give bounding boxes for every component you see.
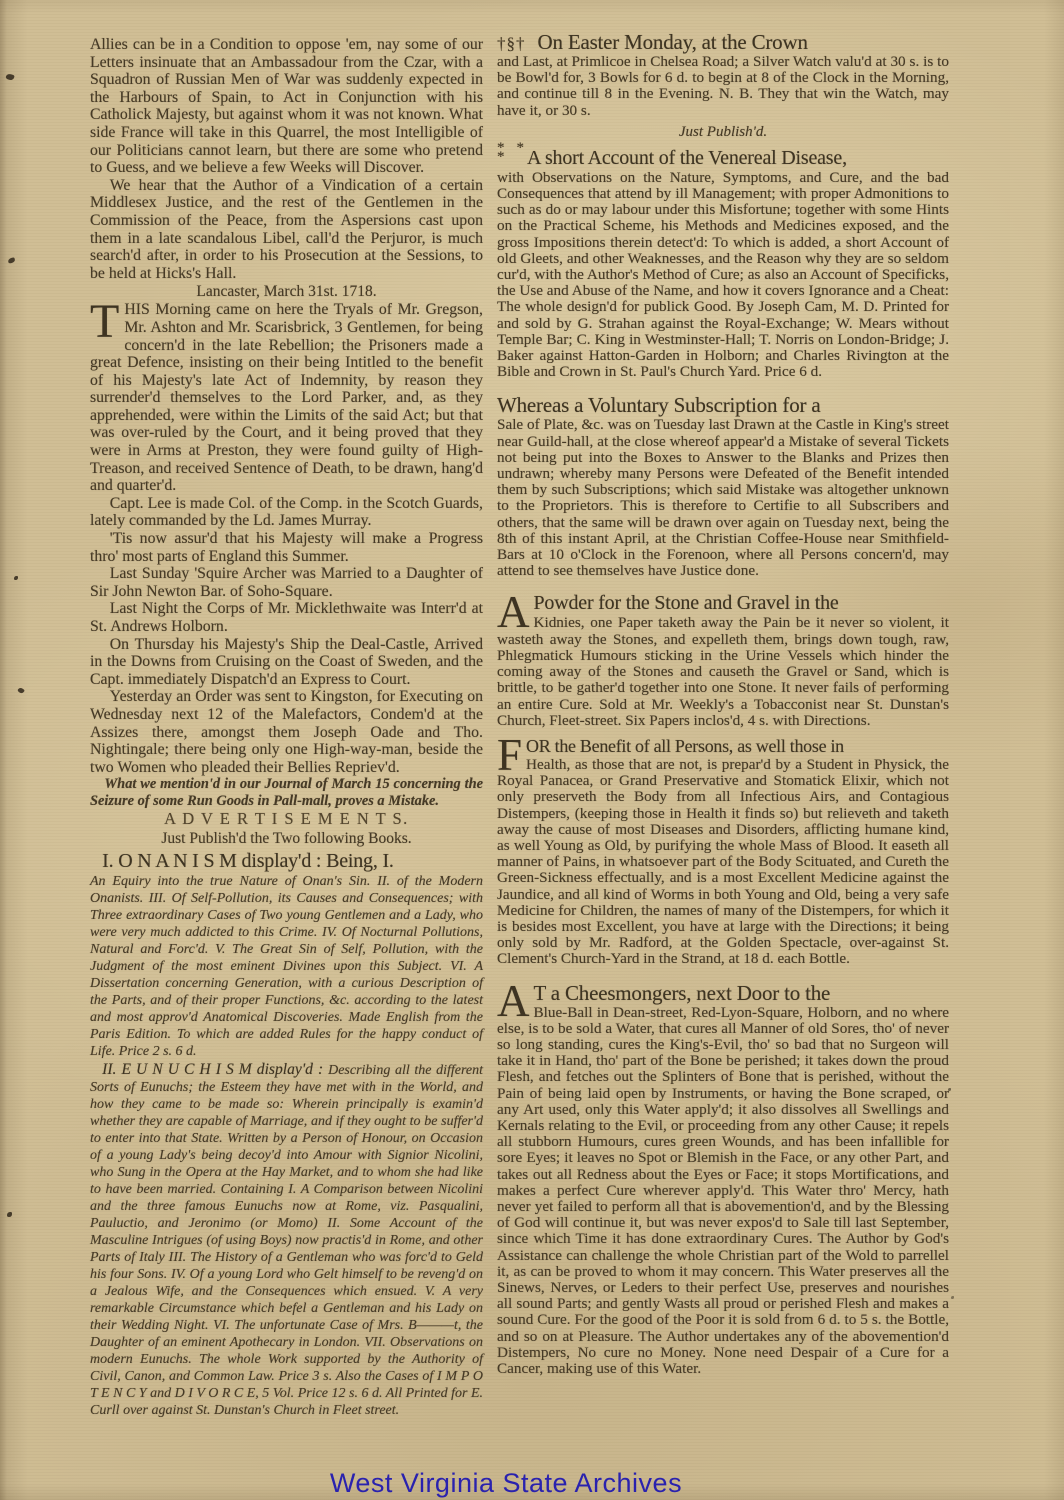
ad-text: Health, as those that are not, is prepar… [497,756,949,967]
drop-cap-letter: A [497,592,534,630]
drop-cap-letter: F [497,735,526,773]
paper-speck [14,576,18,580]
news-paragraph-kingston: Yesterday an Order was sent to Kingston,… [90,688,483,776]
paper-speck [951,1296,954,1299]
ad-text: and Last, at Primlicoe in Chelsea Road; … [497,53,949,119]
ad-title: Whereas a Voluntary Subscription for a [497,393,820,417]
ad-venereal-disease-book: * * *A short Account of the Venereal Dis… [497,147,949,381]
printer-ornament-icon: †§† [497,34,538,53]
news-text: HIS Morning came on here the Tryals of M… [90,301,483,494]
ad-title: On Easter Monday, at the Crown [538,30,808,54]
right-column: †§†On Easter Monday, at the Crownand Las… [497,24,949,1377]
ad-text: Sale of Plate, &c. was on Tuesday last D… [497,416,949,579]
dateline-lancaster: Lancaster, March 31st. 1718. [90,282,483,301]
left-column: Allies can be in a Condition to oppose '… [90,36,483,1419]
ad-text: Describing all the different Sorts of Eu… [90,1063,483,1418]
archive-watermark: West Virginia State Archives [0,1468,1038,1499]
drop-cap-letter: T [90,301,124,341]
paper-speck [7,1212,12,1217]
ad-stone-gravel-powder: APowder for the Stone and Gravel in theK… [497,592,949,728]
ad-title: II. E U N U C H I S M display'd : [102,1061,323,1078]
news-paragraph-capt-lee: Capt. Lee is made Col. of the Comp. in t… [90,495,483,530]
news-paragraph-vindication: We hear that the Author of a Vindication… [90,177,483,283]
ad-subscription-lottery: Whereas a Voluntary Subscription for aSa… [497,393,949,579]
just-published-books-line: Just Publish'd the Two following Books. [90,829,483,848]
asterisk-ornament-icon: * * * [497,144,527,162]
ad-text: with Observations on the Nature, Symptom… [497,169,949,380]
ad-title: Powder for the Stone and Gravel in the [534,592,839,614]
ad-eunuchism-book: II. E U N U C H I S M display'd : Descri… [90,1062,483,1419]
news-paragraph-allies: Allies can be in a Condition to oppose '… [90,36,483,177]
ad-royal-panacea-elixir: FOR the Benefit of all Persons, as well … [497,735,949,968]
news-paragraph-trials: THIS Morning came on here the Tryals of … [90,301,483,495]
paper-speck [7,257,15,264]
drop-cap-letter: A [497,981,534,1019]
ad-onanism-book: I. O N A N I S M display'd : Being, I.An… [90,850,483,1060]
just-published-line: Just Publish'd. [497,123,949,141]
ad-text: Kidnies, one Paper taketh away the Pain … [497,614,949,728]
ad-text: An Equiry into the true Nature of Onan's… [90,874,483,1059]
news-paragraph-deal-castle: On Thursday his Majesty's Ship the Deal-… [90,636,483,689]
ad-title: A short Account of the Venereal Disease, [527,147,847,169]
ad-cheesmonger-water: AT a Cheesmongers, next Door to theBlue-… [497,981,949,1378]
ad-title: T a Cheesmongers, next Door to the [534,981,831,1005]
newspaper-page: Allies can be in a Condition to oppose '… [0,0,1064,1500]
paper-speck [17,687,25,695]
advertisements-heading: A D V E R T I S E M E N T S. [90,809,483,829]
news-paragraph-progress: 'Tis now assur'd that his Majesty will m… [90,530,483,565]
ad-title: OR the Benefit of all Persons, as well t… [526,736,844,756]
news-paragraph-marriage: Last Sunday 'Squire Archer was Married t… [90,565,483,600]
journal-correction-note: What we mention'd in our Journal of Marc… [90,776,483,809]
ad-easter-bowling: †§†On Easter Monday, at the Crownand Las… [497,30,949,119]
ad-title: I. O N A N I S M display'd : Being, I. [102,850,394,872]
news-paragraph-corps: Last Night the Corps of Mr. Micklethwait… [90,600,483,635]
ad-text: Blue-Ball in Dean-street, Red-Lyon-Squar… [497,1004,949,1377]
paper-speck [5,73,15,81]
